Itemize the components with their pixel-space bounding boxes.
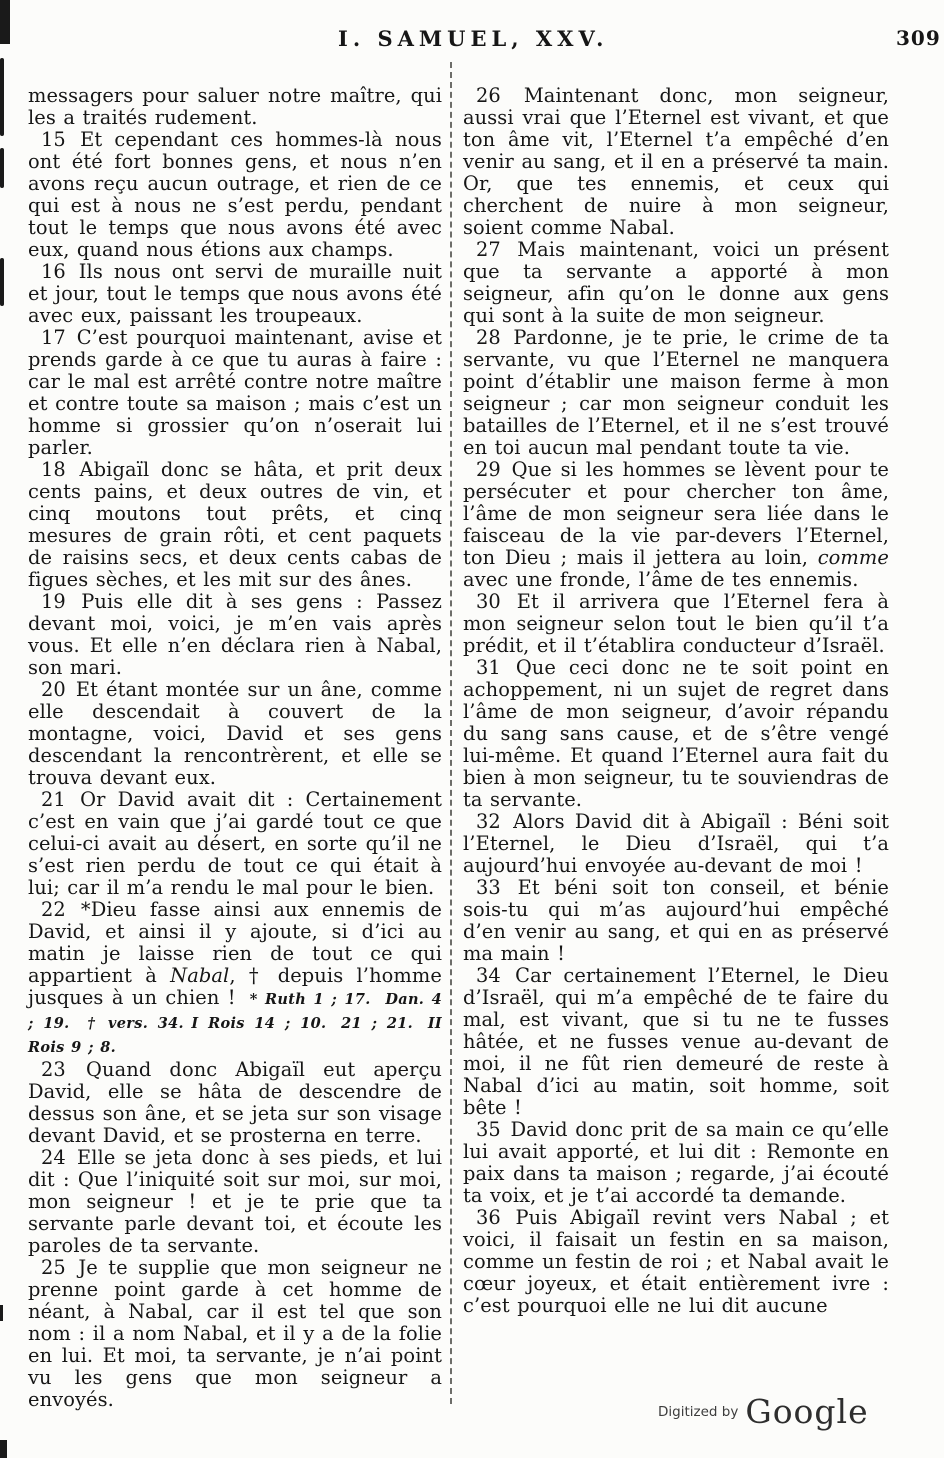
verse-number: 15 — [41, 128, 80, 151]
verse-paragraph: 22 *Dieu fasse ainsi aux ennemis de Davi… — [28, 899, 442, 1059]
verse-paragraph: 27 Mais maintenant, voici un présent que… — [463, 239, 889, 327]
verse-paragraph: 32 Alors David dit à Abigaïl : Béni soit… — [463, 811, 889, 877]
verse-number: 27 — [476, 238, 517, 261]
cross-reference-footnote: * Ruth 1 ; 17. Dan. 4 ; 19. † vers. 34. … — [28, 991, 442, 1056]
verse-number: 26 — [476, 84, 524, 107]
running-title: I. SAMUEL, XXV. — [338, 26, 608, 51]
verse-paragraph: 33 Et béni soit ton conseil, et bénie so… — [463, 877, 889, 965]
verse-paragraph: 36 Puis Abigaïl revint vers Nabal ; et v… — [463, 1207, 889, 1317]
verse-number: 34 — [476, 964, 515, 987]
verse-number: 29 — [476, 458, 512, 481]
continuation-paragraph: messagers pour saluer notre maître, qui … — [28, 85, 442, 129]
verse-number: 16 — [41, 260, 79, 283]
verse-paragraph: 19 Puis elle dit à ses gens : Passez dev… — [28, 591, 442, 679]
verse-number: 28 — [476, 326, 513, 349]
verse-paragraph: 21 Or David avait dit : Certainement c’e… — [28, 789, 442, 899]
verse-paragraph: 28 Pardonne, je te prie, le crime de ta … — [463, 327, 889, 459]
scan-edge-artifact — [0, 58, 4, 136]
verse-number: 36 — [476, 1206, 515, 1229]
verse-number: 25 — [41, 1256, 78, 1279]
verse-paragraph: 18 Abigaïl donc se hâta, et prit deux ce… — [28, 459, 442, 591]
scan-edge-artifact — [0, 0, 10, 44]
verse-paragraph: 20 Et étant montée sur un âne, comme ell… — [28, 679, 442, 789]
verse-number: 21 — [41, 788, 80, 811]
verse-paragraph: 23 Quand donc Abigaïl eut aperçu David, … — [28, 1059, 442, 1147]
verse-number: 32 — [476, 810, 513, 833]
verse-number: 22 — [41, 898, 81, 921]
verse-number: 23 — [41, 1058, 86, 1081]
google-logo: Google — [745, 1392, 868, 1431]
page-number: 309 — [896, 26, 941, 50]
watermark-prefix: Digitized by — [658, 1404, 738, 1420]
verse-paragraph: 34 Car certainement l’Eternel, le Dieu d… — [463, 965, 889, 1119]
scan-edge-artifact — [0, 258, 4, 306]
scan-edge-artifact — [0, 1305, 3, 1321]
verse-paragraph: 25 Je te supplie que mon seigneur ne pre… — [28, 1257, 442, 1411]
verse-paragraph: 15 Et cependant ces hommes-là nous ont é… — [28, 129, 442, 261]
left-column: messagers pour saluer notre maître, qui … — [28, 85, 442, 1411]
verse-paragraph: 35 David donc prit de sa main ce qu’elle… — [463, 1119, 889, 1207]
digitization-watermark: Digitized by Google — [658, 1392, 869, 1431]
verse-number: 24 — [41, 1146, 77, 1169]
verse-paragraph: 16 Ils nous ont servi de muraille nuit e… — [28, 261, 442, 327]
verse-number: 18 — [41, 458, 80, 481]
verse-number: 35 — [476, 1118, 510, 1141]
scan-edge-artifact — [0, 1440, 7, 1458]
verse-number: 19 — [41, 590, 81, 613]
verse-number: 31 — [476, 656, 516, 679]
verse-paragraph: 17 C’est pourquoi maintenant, avise et p… — [28, 327, 442, 459]
verse-paragraph: 31 Que ceci donc ne te soit point en ach… — [463, 657, 889, 811]
scan-edge-artifact — [0, 148, 4, 188]
verse-number: 17 — [41, 326, 77, 349]
column-divider-rule — [450, 62, 452, 1404]
right-column: 26 Maintenant donc, mon seigneur, aussi … — [463, 85, 889, 1317]
verse-number: 20 — [41, 678, 76, 701]
verse-paragraph: 30 Et il arrivera que l’Eternel fera à m… — [463, 591, 889, 657]
verse-paragraph: 26 Maintenant donc, mon seigneur, aussi … — [463, 85, 889, 239]
verse-paragraph: 24 Elle se jeta donc à ses pieds, et lui… — [28, 1147, 442, 1257]
verse-paragraph: 29 Que si les hommes se lèvent pour te p… — [463, 459, 889, 591]
verse-number: 33 — [476, 876, 518, 899]
verse-number: 30 — [476, 590, 517, 613]
